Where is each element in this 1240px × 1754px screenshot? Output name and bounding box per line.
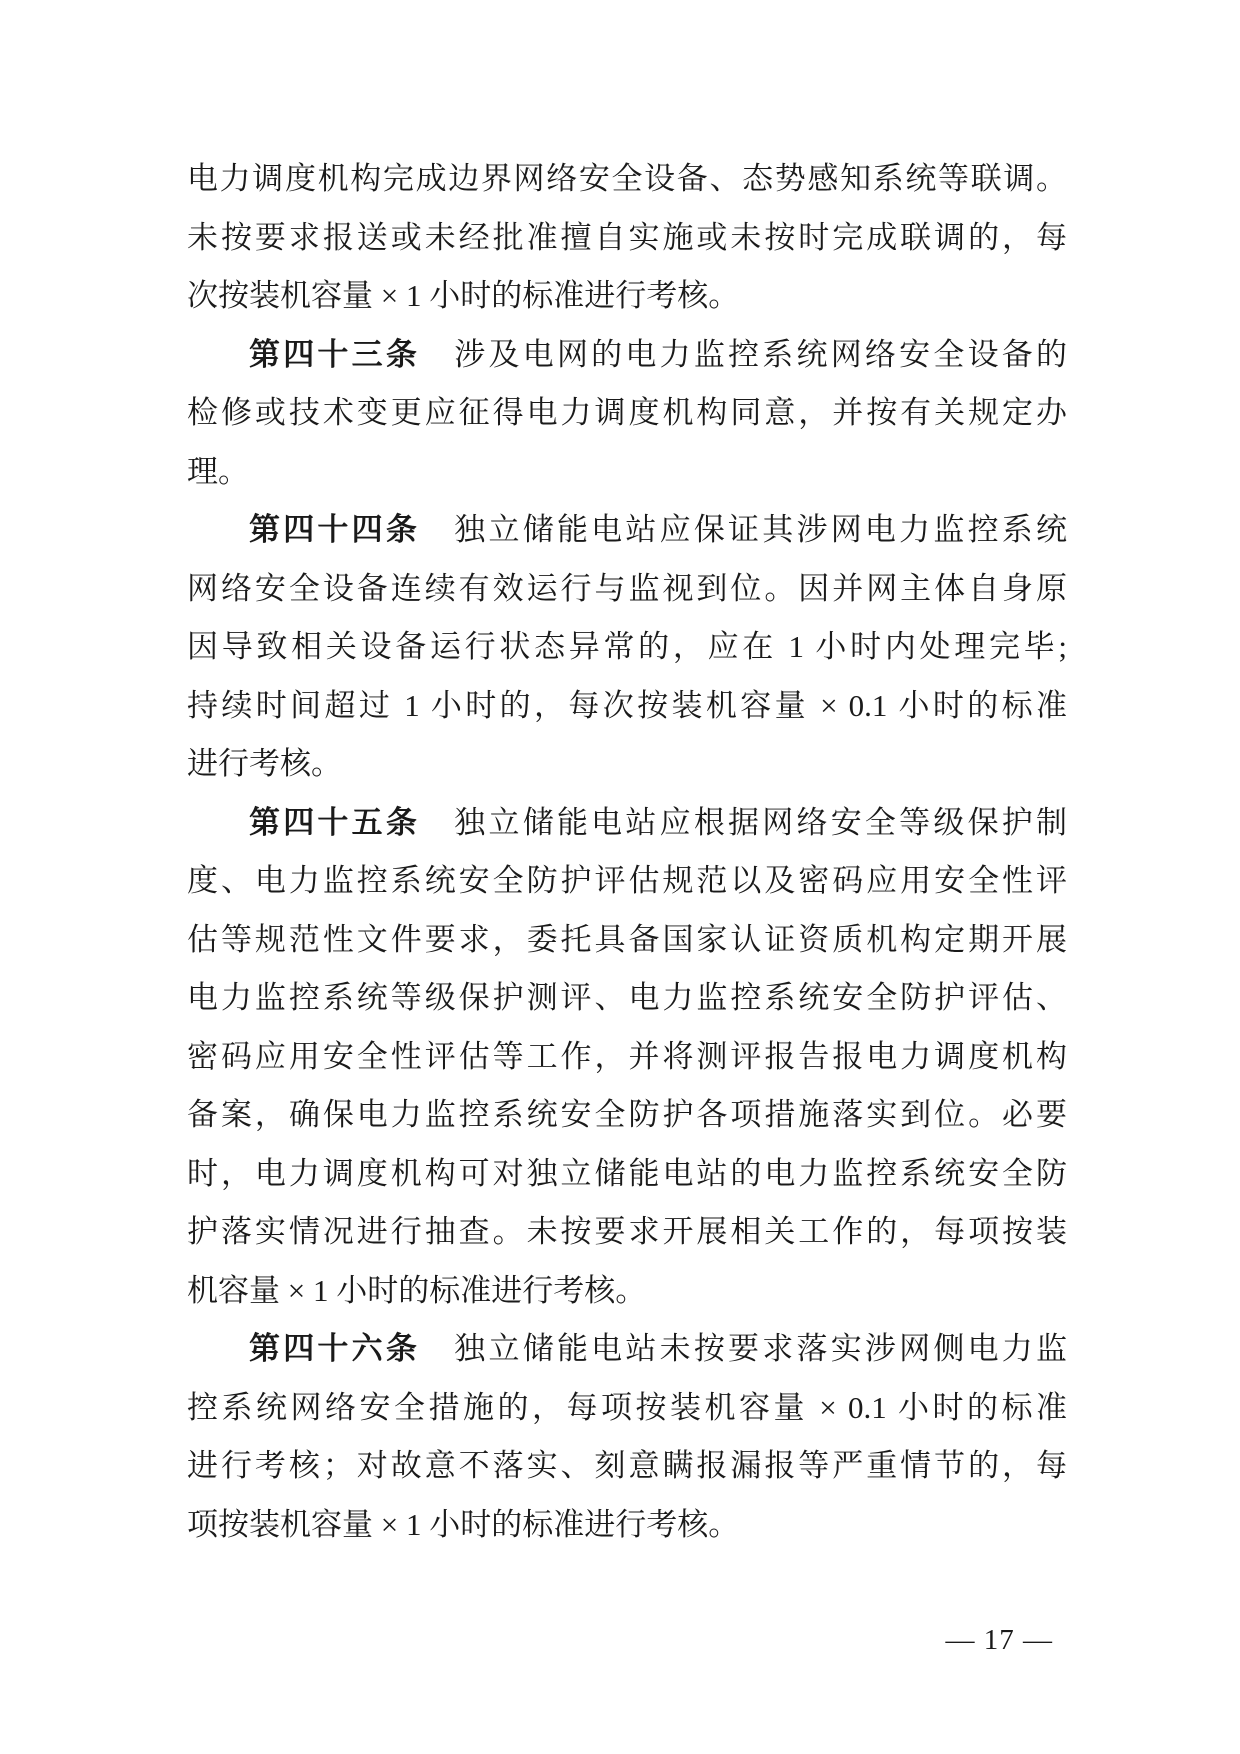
text-segment: 度、电力监控系统安全防护评估规范以及密码应用安全性评 bbox=[187, 863, 1067, 898]
text-line: 因导致相关设备运行状态异常的，应在 1 小时内处理完毕; bbox=[187, 618, 1067, 677]
document-page: { "document": { "lines": [ {"indent": fa… bbox=[0, 0, 1240, 1754]
text-segment: 项按装机容量 × 1 小时的标准进行考核。 bbox=[187, 1507, 739, 1542]
text-segment: 涉及电网的电力监控系统网络安全设备的 bbox=[420, 337, 1067, 372]
text-segment: 未按要求报送或未经批准擅自实施或未按时完成联调的，每 bbox=[187, 220, 1067, 255]
text-line: 第四十三条 涉及电网的电力监控系统网络安全设备的 bbox=[187, 326, 1067, 385]
text-segment: 进行考核；对故意不落实、刻意瞒报漏报等严重情节的，每 bbox=[187, 1448, 1067, 1483]
text-line: 项按装机容量 × 1 小时的标准进行考核。 bbox=[187, 1496, 1067, 1555]
text-line: 电力调度机构完成边界网络安全设备、态势感知系统等联调。 bbox=[187, 150, 1067, 209]
text-segment: 控系统网络安全措施的，每项按装机容量 × 0.1 小时的标准 bbox=[187, 1390, 1067, 1425]
text-line: 理。 bbox=[187, 443, 1067, 502]
text-line: 持续时间超过 1 小时的，每次按装机容量 × 0.1 小时的标准 bbox=[187, 677, 1067, 736]
text-segment: 机容量 × 1 小时的标准进行考核。 bbox=[187, 1273, 646, 1308]
text-line: 第四十四条 独立储能电站应保证其涉网电力监控系统 bbox=[187, 501, 1067, 560]
article-number: 第四十五条 bbox=[249, 805, 420, 840]
text-segment: 理。 bbox=[187, 454, 249, 489]
text-line: 网络安全设备连续有效运行与监视到位。因并网主体自身原 bbox=[187, 560, 1067, 619]
article-number: 第四十四条 bbox=[249, 512, 420, 547]
text-segment: 密码应用安全性评估等工作，并将测评报告报电力调度机构 bbox=[187, 1039, 1067, 1074]
page-number: — 17 — bbox=[946, 1624, 1054, 1657]
text-segment: 检修或技术变更应征得电力调度机构同意，并按有关规定办 bbox=[187, 395, 1067, 430]
text-line: 第四十六条 独立储能电站未按要求落实涉网侧电力监 bbox=[187, 1320, 1067, 1379]
text-line: 估等规范性文件要求，委托具备国家认证资质机构定期开展 bbox=[187, 911, 1067, 970]
text-segment: 独立储能电站应保证其涉网电力监控系统 bbox=[420, 512, 1067, 547]
text-segment: 次按装机容量 × 1 小时的标准进行考核。 bbox=[187, 278, 739, 313]
text-line: 第四十五条 独立储能电站应根据网络安全等级保护制 bbox=[187, 794, 1067, 853]
text-segment: 护落实情况进行抽查。未按要求开展相关工作的，每项按装 bbox=[187, 1214, 1067, 1249]
text-line: 护落实情况进行抽查。未按要求开展相关工作的，每项按装 bbox=[187, 1203, 1067, 1262]
text-line: 备案，确保电力监控系统安全防护各项措施落实到位。必要 bbox=[187, 1086, 1067, 1145]
text-line: 未按要求报送或未经批准擅自实施或未按时完成联调的，每 bbox=[187, 209, 1067, 268]
page-background: 电力调度机构完成边界网络安全设备、态势感知系统等联调。未按要求报送或未经批准擅自… bbox=[0, 0, 1240, 1754]
text-segment: 独立储能电站未按要求落实涉网侧电力监 bbox=[420, 1331, 1067, 1366]
text-segment: 网络安全设备连续有效运行与监视到位。因并网主体自身原 bbox=[187, 571, 1067, 606]
text-segment: 电力调度机构完成边界网络安全设备、态势感知系统等联调。 bbox=[187, 161, 1067, 196]
text-line: 进行考核；对故意不落实、刻意瞒报漏报等严重情节的，每 bbox=[187, 1437, 1067, 1496]
article-number: 第四十六条 bbox=[249, 1331, 420, 1366]
text-line: 检修或技术变更应征得电力调度机构同意，并按有关规定办 bbox=[187, 384, 1067, 443]
text-line: 时，电力调度机构可对独立储能电站的电力监控系统安全防 bbox=[187, 1145, 1067, 1204]
text-segment: 进行考核。 bbox=[187, 746, 342, 781]
text-segment: 持续时间超过 1 小时的，每次按装机容量 × 0.1 小时的标准 bbox=[187, 688, 1067, 723]
text-segment: 独立储能电站应根据网络安全等级保护制 bbox=[420, 805, 1067, 840]
text-line: 密码应用安全性评估等工作，并将测评报告报电力调度机构 bbox=[187, 1028, 1067, 1087]
article-number: 第四十三条 bbox=[249, 337, 420, 372]
text-line: 机容量 × 1 小时的标准进行考核。 bbox=[187, 1262, 1067, 1321]
text-line: 次按装机容量 × 1 小时的标准进行考核。 bbox=[187, 267, 1067, 326]
text-segment: 因导致相关设备运行状态异常的，应在 1 小时内处理完毕; bbox=[187, 629, 1067, 664]
text-line: 进行考核。 bbox=[187, 735, 1067, 794]
text-segment: 电力监控系统等级保护测评、电力监控系统安全防护评估、 bbox=[187, 980, 1067, 1015]
text-line: 控系统网络安全措施的，每项按装机容量 × 0.1 小时的标准 bbox=[187, 1379, 1067, 1438]
text-line: 度、电力监控系统安全防护评估规范以及密码应用安全性评 bbox=[187, 852, 1067, 911]
text-segment: 估等规范性文件要求，委托具备国家认证资质机构定期开展 bbox=[187, 922, 1067, 957]
document-body: 电力调度机构完成边界网络安全设备、态势感知系统等联调。未按要求报送或未经批准擅自… bbox=[187, 150, 1067, 1554]
text-segment: 时，电力调度机构可对独立储能电站的电力监控系统安全防 bbox=[187, 1156, 1067, 1191]
text-segment: 备案，确保电力监控系统安全防护各项措施落实到位。必要 bbox=[187, 1097, 1067, 1132]
text-line: 电力监控系统等级保护测评、电力监控系统安全防护评估、 bbox=[187, 969, 1067, 1028]
